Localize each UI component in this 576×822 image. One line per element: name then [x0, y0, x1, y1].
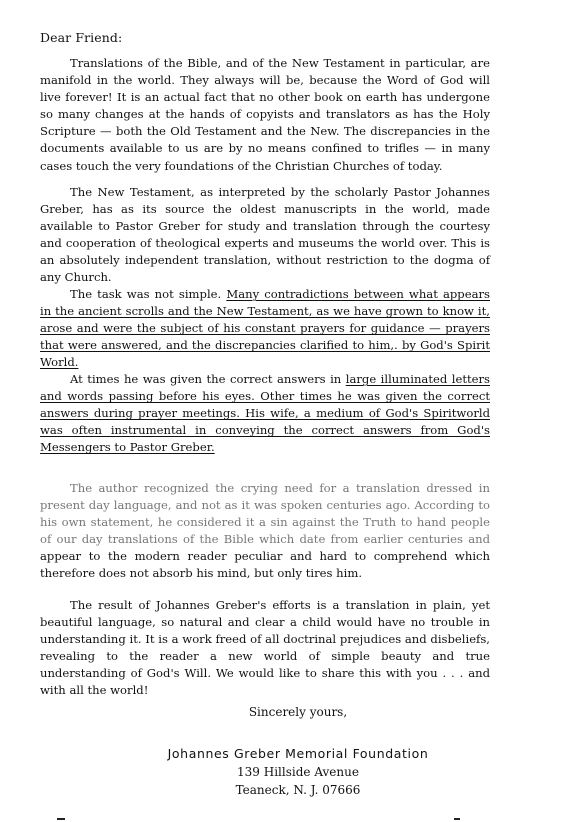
paragraph-author-faded: The author recognized the crying need fo… — [40, 481, 490, 546]
paragraph-new-testament-source: The New Testament, as interpreted by the… — [40, 184, 490, 287]
closing: Sincerely yours, — [0, 705, 576, 719]
scan-mark-right — [454, 818, 460, 820]
letter-page: Dear Friend: Translations of the Bible, … — [0, 0, 576, 822]
paragraph-answers: At times he was given the correct answer… — [40, 371, 490, 456]
paragraph-translations: Translations of the Bible, and of the Ne… — [40, 55, 490, 175]
salutation: Dear Friend: — [40, 30, 122, 45]
street-address: 139 Hillside Avenue — [20, 763, 576, 781]
city-address: Teaneck, N. J. 07666 — [20, 781, 576, 799]
paragraph-author-dark: appear to the modern reader peculiar and… — [40, 549, 490, 580]
signature-block: Johannes Greber Memorial Foundation 139 … — [0, 745, 576, 799]
paragraph-task-lead: The task was not simple. — [70, 287, 221, 301]
paragraph-result: The result of Johannes Greber's efforts … — [40, 597, 490, 700]
paragraph-author-recognized: The author recognized the crying need fo… — [40, 480, 490, 583]
organization-name: Johannes Greber Memorial Foundation — [20, 745, 576, 763]
paragraph-task: The task was not simple. Many contradict… — [40, 286, 490, 371]
scan-mark-left — [57, 818, 65, 820]
paragraph-answers-lead: At times he was given the correct answer… — [70, 372, 341, 386]
